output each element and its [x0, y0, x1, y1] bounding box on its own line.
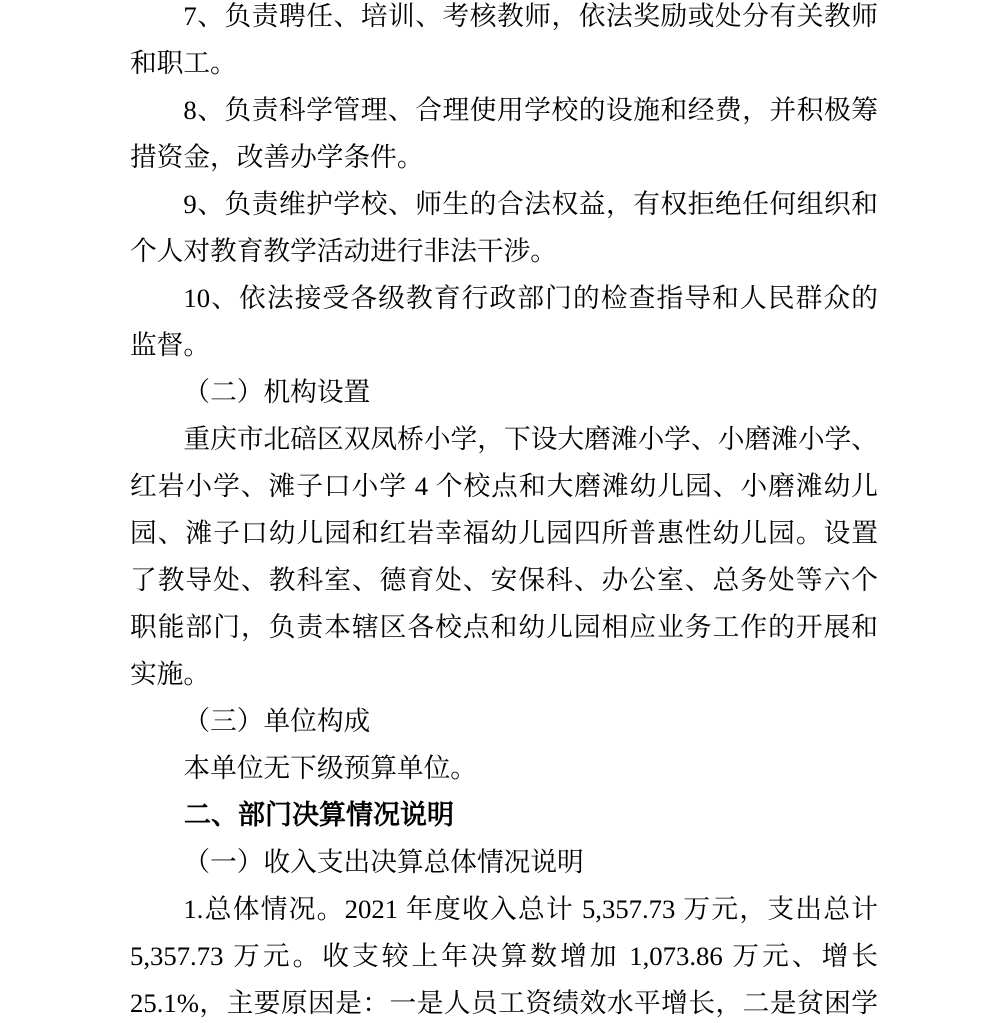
paragraph-line-overall-2: 5,357.73 万元。收支较上年决算数增加 1,073.86 万元、增长	[130, 933, 878, 980]
paragraph-line-duty-9-cont: 个人对教育教学活动进行非法干涉。	[130, 228, 878, 275]
document-page: 7、负责聘任、培训、考核教师，依法奖励或处分有关教师 和职工。 8、负责科学管理…	[0, 0, 1000, 1023]
paragraph-line-duty-10-cont: 监督。	[130, 322, 878, 369]
paragraph-line-duty-8-cont: 措资金，改善办学条件。	[130, 134, 878, 181]
paragraph-line-org-1: 重庆市北碚区双凤桥小学，下设大磨滩小学、小磨滩小学、	[130, 416, 878, 463]
paragraph-line-overall-3: 25.1%，主要原因是：一是人员工资绩效水平增长，二是贫困学	[130, 980, 878, 1023]
paragraph-line-unit: 本单位无下级预算单位。	[130, 745, 878, 792]
subsection-heading-unit-composition: （三）单位构成	[130, 698, 878, 745]
paragraph-line-duty-7-cont: 和职工。	[130, 40, 878, 87]
subsection-heading-income-expense: （一）收入支出决算总体情况说明	[130, 839, 878, 886]
paragraph-line-org-2: 红岩小学、滩子口小学 4 个校点和大磨滩幼儿园、小磨滩幼儿	[130, 463, 878, 510]
paragraph-line-duty-10: 10、依法接受各级教育行政部门的检查指导和人民群众的	[130, 275, 878, 322]
paragraph-line-duty-9: 9、负责维护学校、师生的合法权益，有权拒绝任何组织和	[130, 181, 878, 228]
paragraph-line-org-6: 实施。	[130, 651, 878, 698]
paragraph-line-duty-8: 8、负责科学管理、合理使用学校的设施和经费，并积极筹	[130, 87, 878, 134]
paragraph-line-org-5: 职能部门，负责本辖区各校点和幼儿园相应业务工作的开展和	[130, 604, 878, 651]
subsection-heading-org-setup: （二）机构设置	[130, 369, 878, 416]
paragraph-line-duty-7: 7、负责聘任、培训、考核教师，依法奖励或处分有关教师	[130, 0, 878, 40]
paragraph-line-org-3: 园、滩子口幼儿园和红岩幸福幼儿园四所普惠性幼儿园。设置	[130, 510, 878, 557]
paragraph-line-org-4: 了教导处、教科室、德育处、安保科、办公室、总务处等六个	[130, 557, 878, 604]
section-heading-final-accounts: 二、部门决算情况说明	[130, 792, 878, 839]
paragraph-line-overall-1: 1.总体情况。2021 年度收入总计 5,357.73 万元，支出总计	[130, 886, 878, 933]
